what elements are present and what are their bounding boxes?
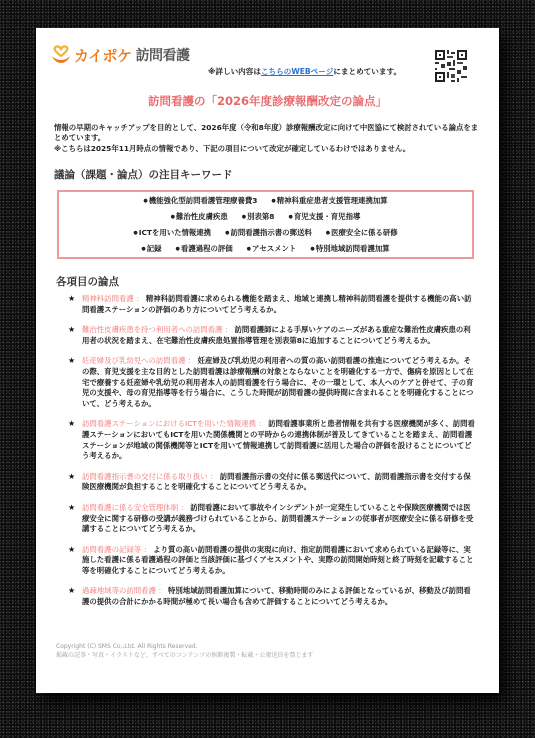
intro-line-1: 情報の早期のキャッチアップを目的として、2026年度（令和8年度）診療報酬改定に… [54,123,484,144]
keyword: 医療安全に係る研修 [326,226,398,240]
logo-brand: カイポケ [74,45,132,66]
document-title: 訪問看護の「2026年度診療報酬改定の論点」 [36,93,499,109]
point-title: 訪問看護指示書の交付に係る取り扱い [82,472,208,481]
star-icon: ★ [68,472,82,493]
keyword: 看護過程の評価 [176,242,233,256]
keyword: 記録 [141,242,161,256]
point-title: 訪問看護に係る安全管理体制 [82,503,178,512]
web-page-link[interactable]: こちらのWEBページ [261,67,333,76]
keyword: 訪問看護指示書の郵送料 [225,226,312,240]
copyright: Copyright (C) SMS Co.,Ltd. All Rights Re… [56,642,313,651]
point-item: ★ 過疎地域等の訪問看護 ： 特別地域訪問看護加算について、移動時間のみによる評… [68,586,478,607]
keywords-heading: 議論（課題・論点）の注目キーワード [54,167,233,182]
point-item: ★ 妊産婦及び乳幼児への訪問看護 ： 妊産婦及び乳幼児の利用者への質の高い訪問看… [68,356,478,409]
keyword-row: 機能強化型訪問看護管理療養費3 精神科重症患者支援管理連携加算 [59,194,472,208]
keywords-box: 機能強化型訪問看護管理療養費3 精神科重症患者支援管理連携加算 難治性皮膚疾患 … [57,190,474,259]
qr-code-icon[interactable] [435,50,467,82]
web-note-prefix: ※詳しい内容は [208,67,261,76]
keyword-row: ICTを用いた情報連携 訪問看護指示書の郵送料 医療安全に係る研修 [59,226,472,240]
logo-service: 訪問看護 [136,45,190,65]
keyword-row: 難治性皮膚疾患 別表第8 育児支援・育児指導 [59,210,472,224]
point-title: 過疎地域等の訪問看護 [82,586,156,595]
point-item: ★ 難治性皮膚疾患を持つ利用者への訪問看護 ： 訪問看護師による手厚いケアのニー… [68,325,478,346]
keyword: 特別地域訪問看護加算 [310,242,389,256]
keyword: ICTを用いた情報連携 [133,226,211,240]
point-item: ★ 訪問看護指示書の交付に係る取り扱い ： 訪問看護指示書の交付に係る郵送代につ… [68,472,478,493]
intro-line-2: ※こちらは2025年11月時点の情報であり、下記の項目について改定が確定している… [54,144,484,154]
web-note: ※詳しい内容はこちらのWEBページにまとめています。 [208,66,401,77]
point-item: ★ 精神科訪問看護 ： 精神科訪問看護に求められる機能を踏まえ、地域と連携し精神… [68,294,478,315]
heart-hands-icon [50,44,72,66]
intro-text: 情報の早期のキャッチアップを目的として、2026年度（令和8年度）診療報酬改定に… [54,123,484,154]
point-title: 難治性皮膚疾患を持つ利用者への訪問看護 [82,325,222,334]
points-list: ★ 精神科訪問看護 ： 精神科訪問看護に求められる機能を踏まえ、地域と連携し精神… [68,294,478,618]
point-title: 妊産婦及び乳幼児への訪問看護 [82,356,185,365]
document-page: カイポケ 訪問看護 ※詳しい内容はこちらのWEBページにまとめています。 訪問看… [36,28,499,693]
star-icon: ★ [68,545,82,577]
point-item: ★ 訪問看護に係る安全管理体制 ： 訪問看護において事故やインシデントが一定発生… [68,503,478,535]
star-icon: ★ [68,503,82,535]
star-icon: ★ [68,294,82,315]
copyright-notice: 掲載の記事・写真・イラストなど、すべてのコンテンツの無断複製・転載・公衆送信を禁… [56,651,313,660]
point-title: 訪問看護の記録等 [82,545,141,554]
point-title: 訪問看護ステーションにおけるICTを用いた情報連携 [82,419,256,428]
star-icon: ★ [68,356,82,409]
points-heading: 各項目の論点 [56,274,119,289]
keyword: 別表第8 [242,210,275,224]
keyword: 機能強化型訪問看護管理療養費3 [143,194,257,208]
keyword: アセスメント [247,242,297,256]
web-note-suffix: にまとめています。 [333,67,401,76]
star-icon: ★ [68,325,82,346]
point-item: ★ 訪問看護の記録等 ： より質の高い訪問看護の提供の実現に向け、指定訪問看護に… [68,545,478,577]
keyword: 難治性皮膚疾患 [171,210,228,224]
keyword: 育児支援・育児指導 [288,210,360,224]
star-icon: ★ [68,586,82,607]
point-item: ★ 訪問看護ステーションにおけるICTを用いた情報連携 ： 訪問看護事業所と患者… [68,419,478,461]
keyword: 精神科重症患者支援管理連携加算 [271,194,387,208]
keyword-row: 記録 看護過程の評価 アセスメント 特別地域訪問看護加算 [59,242,472,256]
kaipoke-logo: カイポケ 訪問看護 [50,44,190,66]
footer: Copyright (C) SMS Co.,Ltd. All Rights Re… [56,642,313,660]
point-title: 精神科訪問看護 [82,294,134,303]
star-icon: ★ [68,419,82,461]
